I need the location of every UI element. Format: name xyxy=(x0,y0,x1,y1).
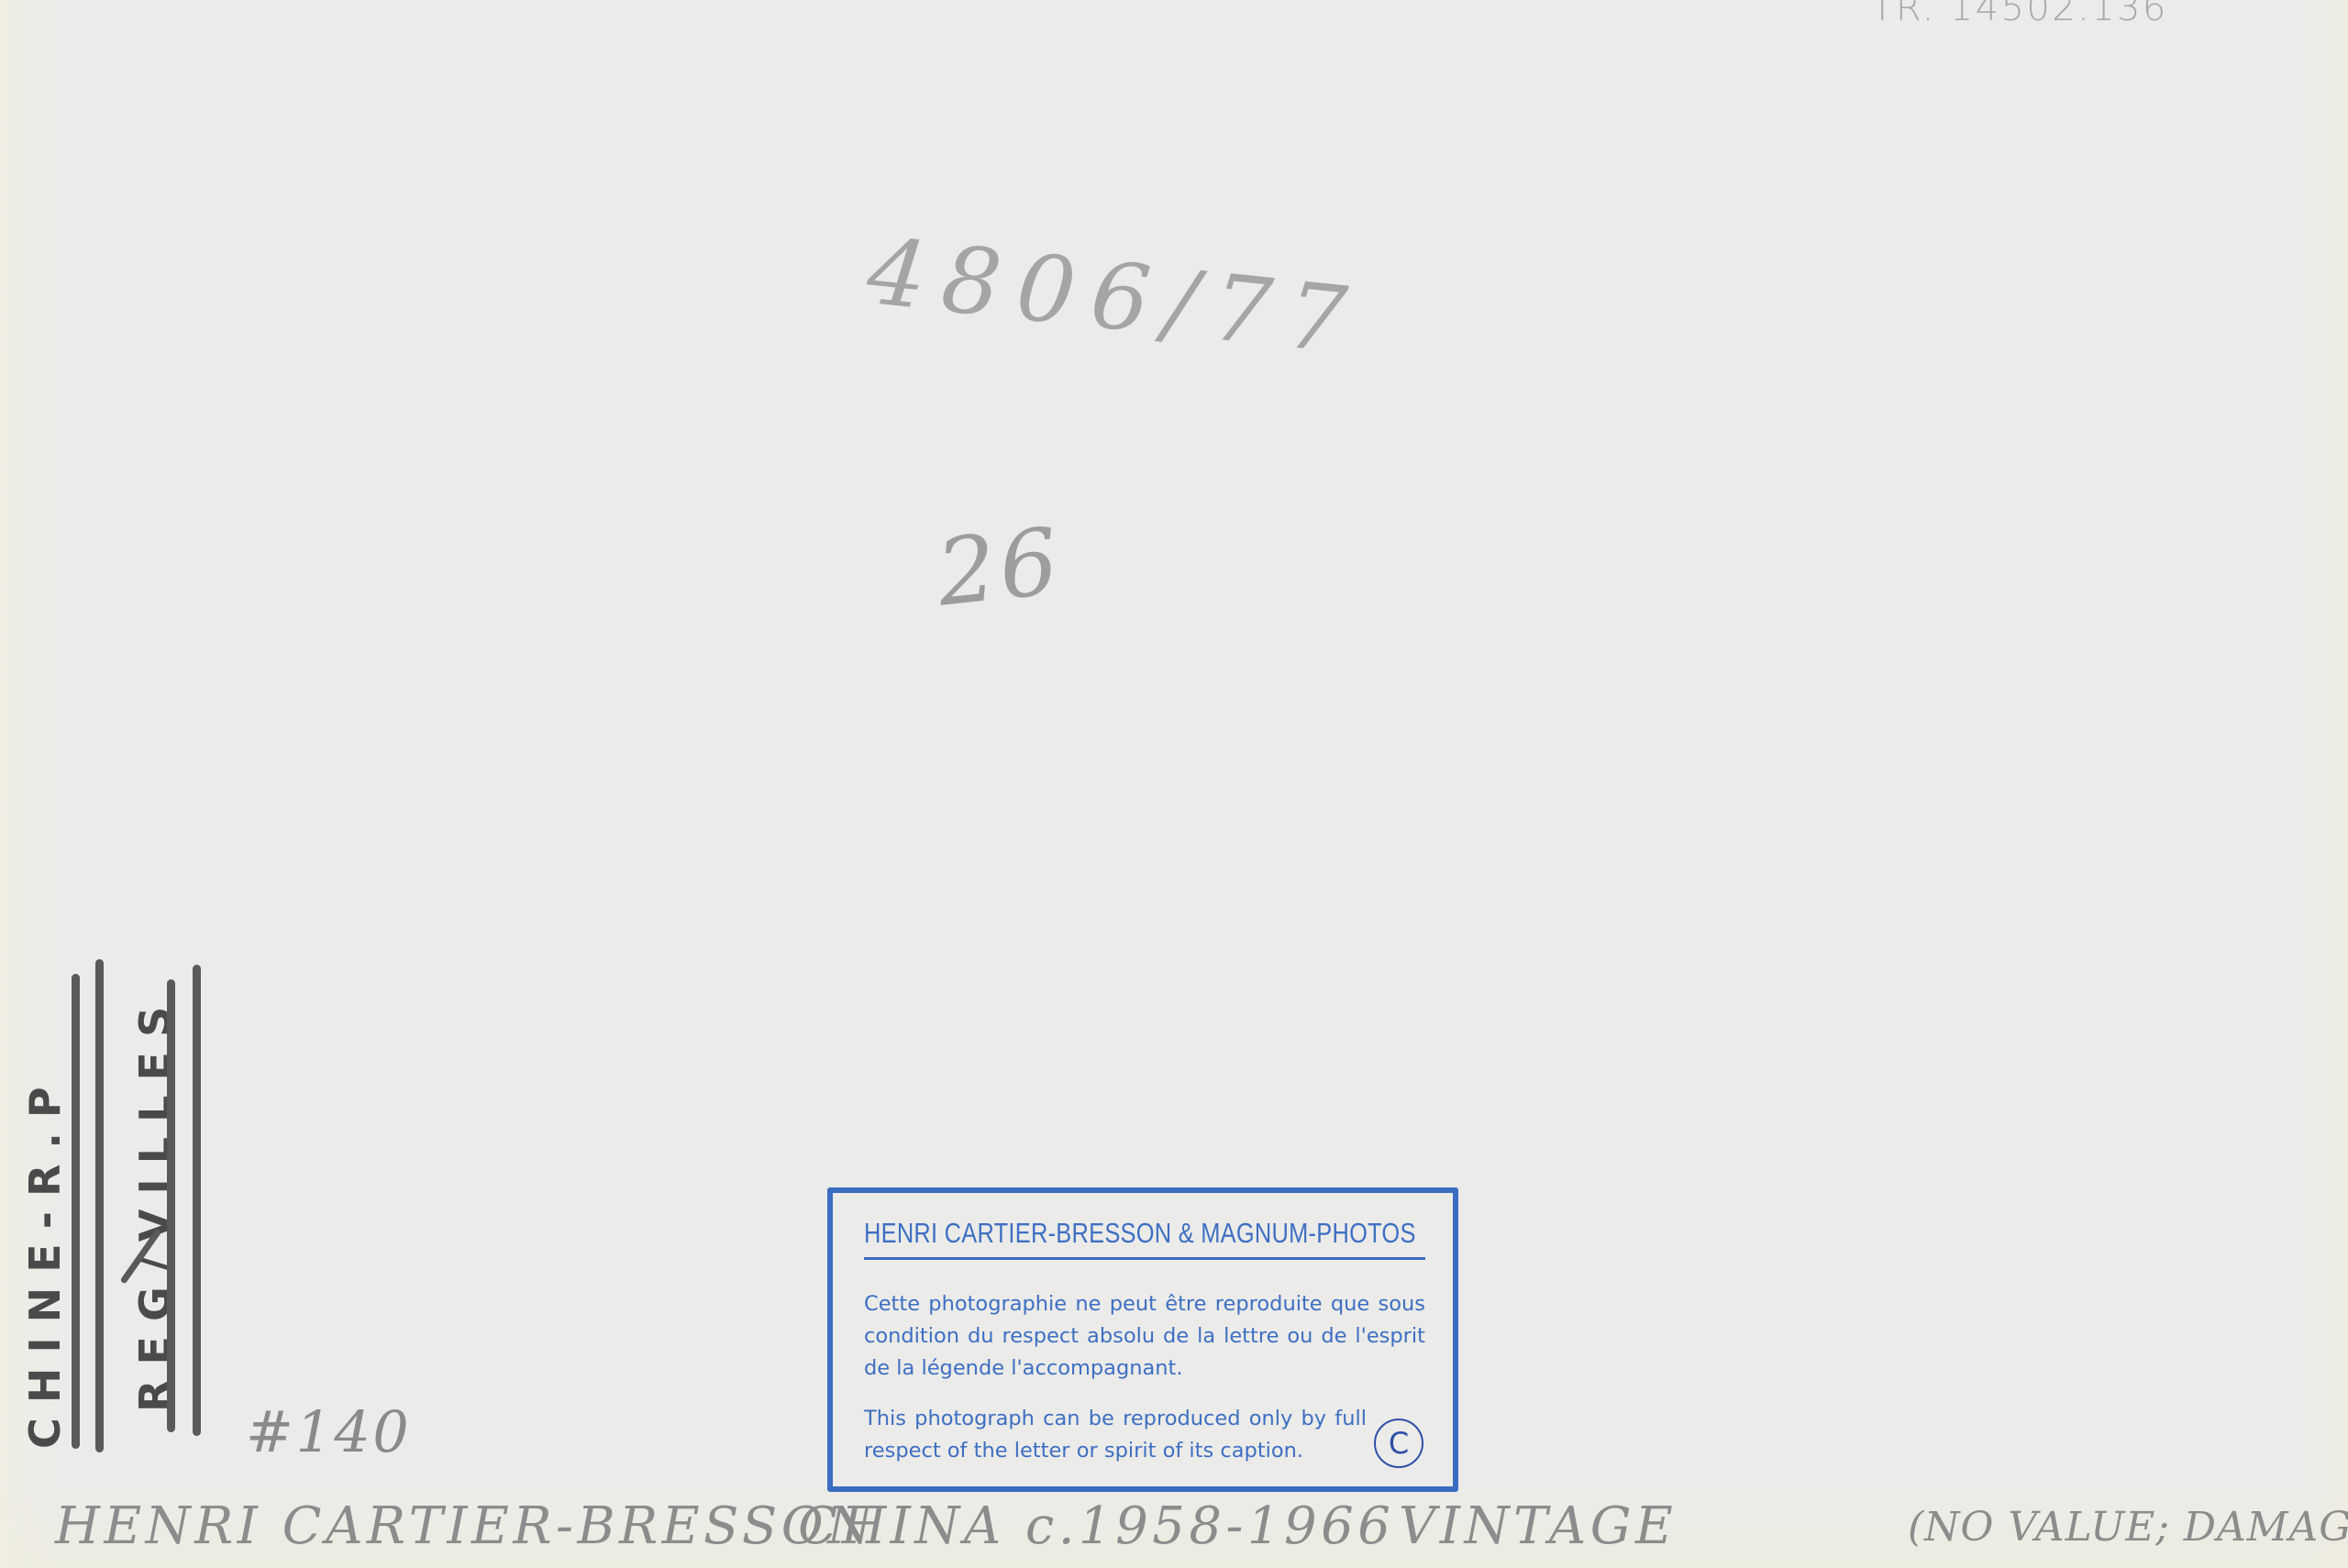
copyright-circle-icon: C xyxy=(1374,1419,1423,1468)
marker-rule xyxy=(72,974,80,1449)
stamp-heading: HENRI CARTIER-BRESSON & MAGNUM-PHOTOS xyxy=(864,1217,1474,1257)
marker-rule xyxy=(167,979,175,1432)
stamp-french-text: Cette photographie ne peut être reprodui… xyxy=(864,1288,1425,1385)
inventory-number: TR. 14502.136 xyxy=(1871,0,2168,29)
vintage-note: VINTAGE xyxy=(1399,1496,1677,1556)
copyright-stamp: HENRI CARTIER-BRESSON & MAGNUM-PHOTOS Ce… xyxy=(827,1187,1458,1492)
value-note: (NO VALUE; DAMAGED) xyxy=(1908,1504,2348,1551)
place-date-note: CHINA c.1958-1966 xyxy=(798,1496,1394,1556)
stamp-body: Cette photographie ne peut être reprodui… xyxy=(864,1288,1425,1485)
print-number: 26 xyxy=(932,507,1067,626)
item-number: #140 xyxy=(246,1398,411,1465)
marker-label-region: CHINE-R.P xyxy=(20,1072,70,1449)
marker-rule xyxy=(95,959,104,1452)
stamp-underline xyxy=(864,1257,1425,1260)
artist-note: HENRI CARTIER-BRESSON xyxy=(55,1496,877,1556)
stamp-english-text: This photograph can be reproduced only b… xyxy=(864,1403,1425,1467)
marker-rule xyxy=(193,965,201,1436)
